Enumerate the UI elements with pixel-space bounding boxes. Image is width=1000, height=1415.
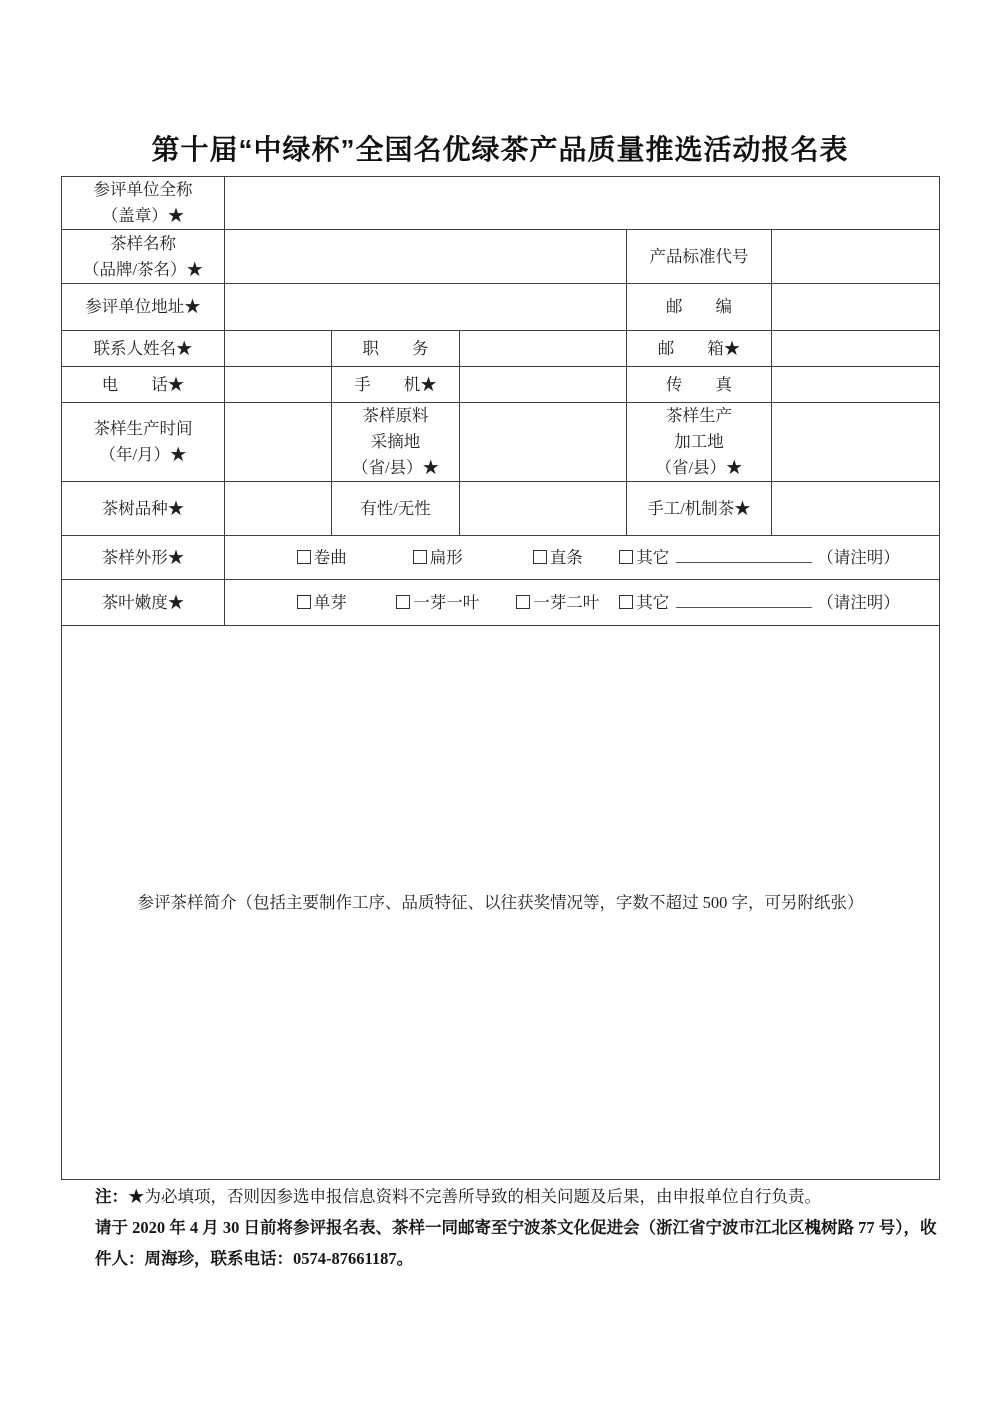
tenderness-option-one-bud-one-leaf[interactable]: 一芽一叶 [379,590,496,616]
tenderness-option-one-bud-two-leaf-label: 一芽二叶 [533,593,599,612]
shape-option-curly-label: 卷曲 [314,548,347,567]
checkbox-icon[interactable] [533,550,547,564]
unit-address-input[interactable] [225,284,627,331]
propagation-label: 有性/无性 [332,482,460,536]
tea-name-label-line2: （品牌/茶名）★ [64,257,222,283]
fax-label: 传 真 [627,367,772,403]
shape-other-blank-line[interactable] [676,547,812,563]
processing-place-label-line3: （省/县）★ [629,455,769,481]
tenderness-option-one-bud-two-leaf[interactable]: 一芽二叶 [496,590,619,616]
shape-option-straight[interactable]: 直条 [496,545,619,571]
unit-name-input[interactable] [225,177,940,230]
handmade-machine-label: 手工/机制茶★ [627,482,772,536]
position-input[interactable] [460,331,627,367]
checkbox-icon[interactable] [297,550,311,564]
unit-name-label-line2: （盖章）★ [64,203,222,229]
tea-name-label: 茶样名称 （品牌/茶名）★ [62,230,225,284]
tenderness-option-one-bud-one-leaf-label: 一芽一叶 [413,593,479,612]
processing-place-input[interactable] [772,403,940,482]
production-time-label: 茶样生产时间 （年/月）★ [62,403,225,482]
email-label: 邮 箱★ [627,331,772,367]
shape-note: （请注明） [817,548,900,567]
shape-option-flat[interactable]: 扁形 [379,545,496,571]
registration-form-table: 参评单位全称 （盖章）★ 茶样名称 （品牌/茶名）★ 产品标准代号 参评单位地址… [61,176,940,1180]
shape-option-straight-label: 直条 [550,548,583,567]
mobile-label: 手 机★ [332,367,460,403]
tenderness-note: （请注明） [817,593,900,612]
phone-input[interactable] [225,367,332,403]
tea-shape-options: 卷曲扁形直条其它（请注明） [225,536,940,580]
checkbox-icon[interactable] [297,595,311,609]
tenderness-other-blank-line[interactable] [676,592,812,608]
cultivar-label: 茶树品种★ [62,482,225,536]
tenderness-option-other[interactable]: 其它 [619,590,669,616]
harvest-place-label-line3: （省/县）★ [334,455,457,481]
postal-code-input[interactable] [772,284,940,331]
checkbox-icon[interactable] [516,595,530,609]
processing-place-label-line2: 加工地 [629,429,769,455]
footer-note-prefix: 注： [95,1187,128,1206]
checkbox-icon[interactable] [619,595,633,609]
footer-note-required: 注：★为必填项，否则因参选申报信息资料不完善所导致的相关问题及后果，由申报单位自… [95,1181,951,1212]
tea-tenderness-label: 茶叶嫩度★ [62,580,225,626]
propagation-input[interactable] [460,482,627,536]
postal-code-label: 邮 编 [627,284,772,331]
form-page: 第十届“中绿杯”全国名优绿茶产品质量推选活动报名表 参评单位全称 （盖章）★ 茶… [0,0,1000,1415]
fax-input[interactable] [772,367,940,403]
checkbox-icon[interactable] [396,595,410,609]
handmade-machine-input[interactable] [772,482,940,536]
checkbox-icon[interactable] [413,550,427,564]
page-title: 第十届“中绿杯”全国名优绿茶产品质量推选活动报名表 [0,128,1000,168]
harvest-place-label: 茶样原料 采摘地 （省/县）★ [332,403,460,482]
tenderness-option-other-label: 其它 [636,593,669,612]
footer-note-required-text: ★为必填项，否则因参选申报信息资料不完善所导致的相关问题及后果，由申报单位自行负… [128,1187,821,1206]
harvest-place-label-line2: 采摘地 [334,429,457,455]
shape-option-other[interactable]: 其它 [619,545,669,571]
unit-address-label: 参评单位地址★ [62,284,225,331]
production-time-input[interactable] [225,403,332,482]
product-standard-code-input[interactable] [772,230,940,284]
shape-option-other-label: 其它 [636,548,669,567]
cultivar-input[interactable] [225,482,332,536]
processing-place-label: 茶样生产 加工地 （省/县）★ [627,403,772,482]
unit-name-label: 参评单位全称 （盖章）★ [62,177,225,230]
tenderness-option-single-bud[interactable]: 单芽 [264,590,379,616]
tea-intro-cell[interactable]: 参评茶样简介（包括主要制作工序、品质特征、以往获奖情况等，字数不超过 500 字… [62,626,940,1180]
tea-shape-label: 茶样外形★ [62,536,225,580]
production-time-label-line1: 茶样生产时间 [64,416,222,442]
email-input[interactable] [772,331,940,367]
tea-intro-label: 参评茶样简介（包括主要制作工序、品质特征、以往获奖情况等，字数不超过 500 字… [138,893,864,912]
tea-name-label-line1: 茶样名称 [64,231,222,257]
tenderness-option-single-bud-label: 单芽 [314,593,347,612]
tea-tenderness-options: 单芽一芽一叶一芽二叶其它（请注明） [225,580,940,626]
checkbox-icon[interactable] [619,550,633,564]
unit-name-label-line1: 参评单位全称 [64,177,222,203]
contact-name-label: 联系人姓名★ [62,331,225,367]
processing-place-label-line1: 茶样生产 [629,403,769,429]
mobile-input[interactable] [460,367,627,403]
shape-option-curly[interactable]: 卷曲 [264,545,379,571]
harvest-place-label-line1: 茶样原料 [334,403,457,429]
shape-option-flat-label: 扁形 [430,548,463,567]
product-standard-code-label: 产品标准代号 [627,230,772,284]
tea-name-input[interactable] [225,230,627,284]
position-label: 职 务 [332,331,460,367]
phone-label: 电 话★ [62,367,225,403]
footer-notes: 注：★为必填项，否则因参选申报信息资料不完善所导致的相关问题及后果，由申报单位自… [95,1181,951,1274]
contact-name-input[interactable] [225,331,332,367]
harvest-place-input[interactable] [460,403,627,482]
production-time-label-line2: （年/月）★ [64,442,222,468]
footer-note-mailing: 请于 2020 年 4 月 30 日前将参评报名表、茶样一同邮寄至宁波茶文化促进… [95,1212,951,1274]
